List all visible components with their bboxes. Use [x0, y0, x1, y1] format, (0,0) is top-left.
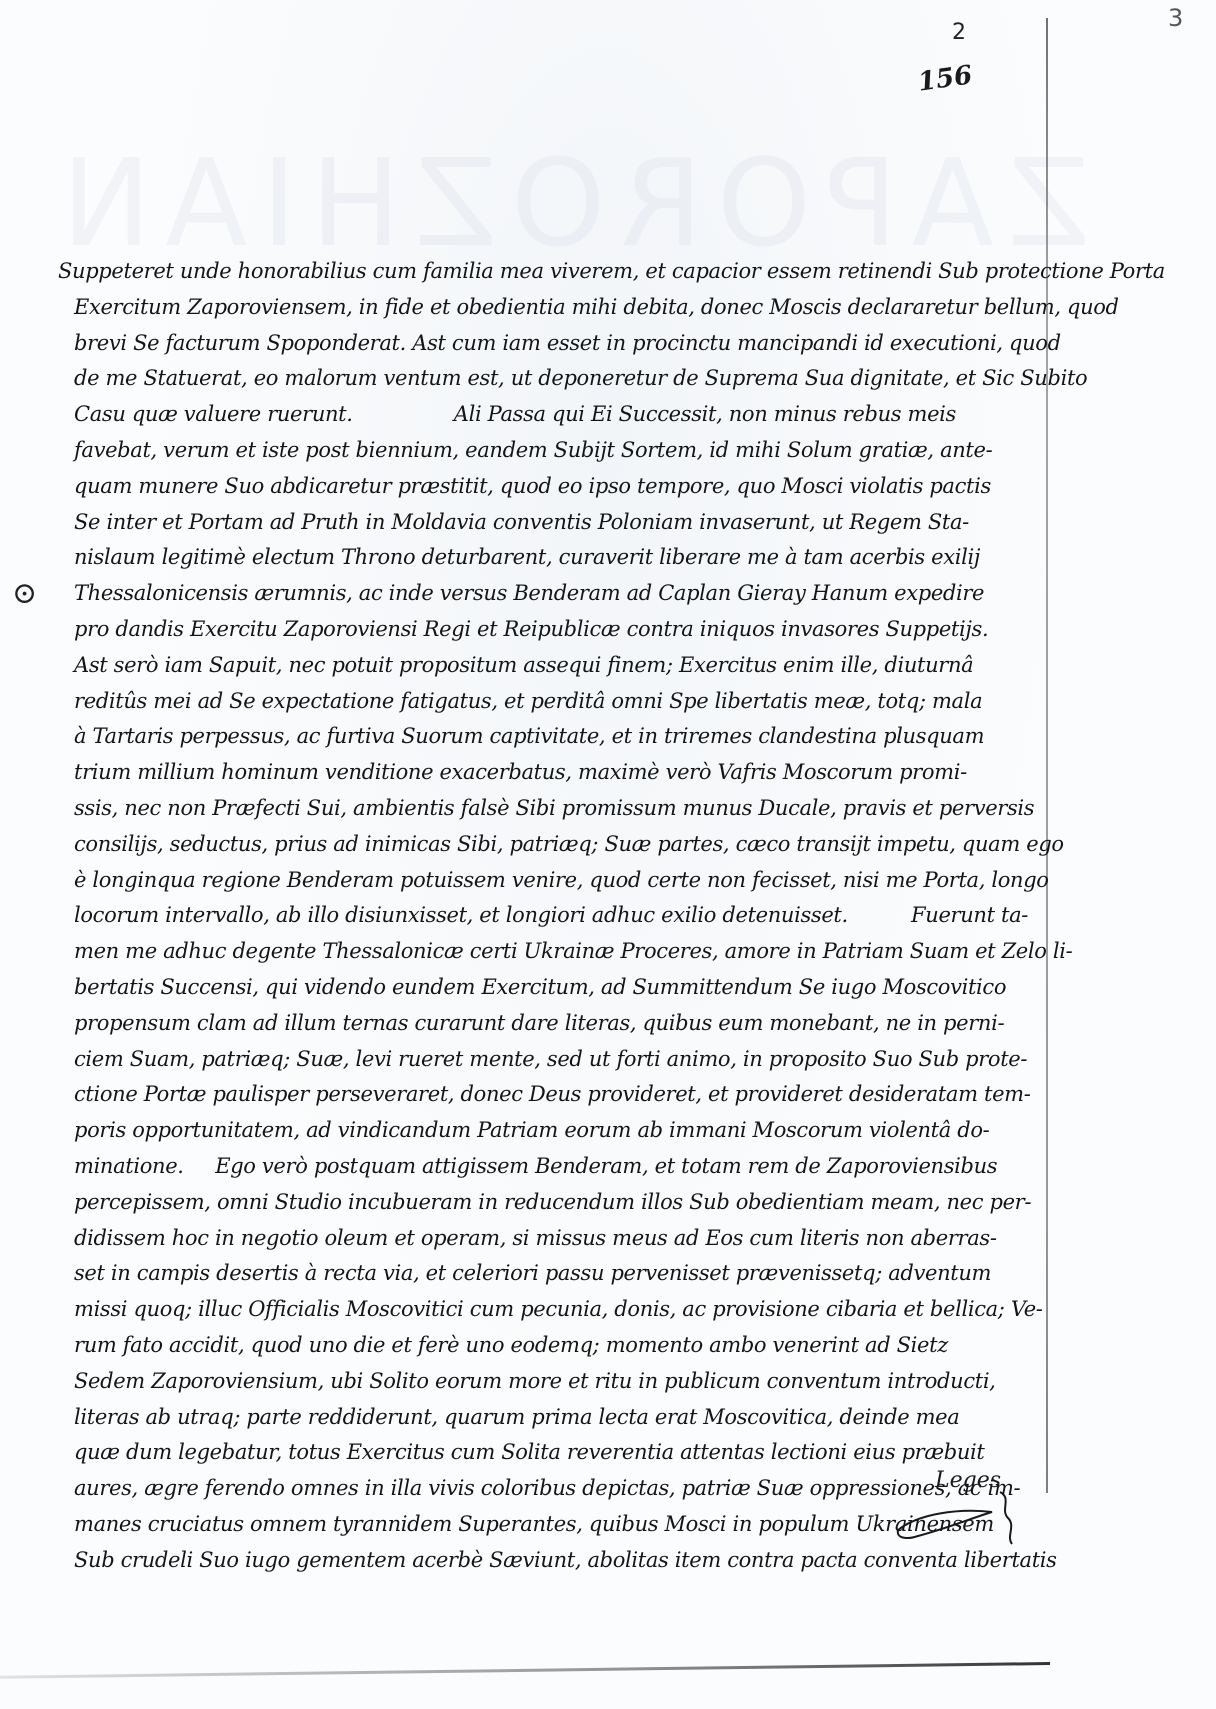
manuscript-line: men me adhuc degente Thessalonicæ certi …	[58, 934, 1048, 970]
manuscript-line: reditûs mei ad Se expectatione fatigatus…	[58, 684, 1048, 720]
page-edge-bottom	[0, 1662, 1050, 1679]
manuscript-line: percepissem, omni Studio incubueram in r…	[58, 1185, 1048, 1221]
manuscript-line: Suppeteret unde honorabilius cum familia…	[58, 254, 1048, 290]
manuscript-line: brevi Se facturum Spoponderat. Ast cum i…	[58, 326, 1048, 362]
manuscript-line: rum fato accidit, quod uno die et ferè u…	[58, 1328, 1048, 1364]
manuscript-line: de me Statuerat, eo malorum ventum est, …	[58, 361, 1048, 397]
manuscript-line: ciem Suam, patriæq; Suæ, levi rueret men…	[58, 1042, 1048, 1078]
manuscript-line: ssis, nec non Præfecti Sui, ambientis fa…	[58, 791, 1048, 827]
manuscript-line: ctione Portæ paulisper perseveraret, don…	[58, 1077, 1048, 1113]
page-number-right: 3	[1168, 4, 1183, 32]
manuscript-line: propensum clam ad illum ternas curarunt …	[58, 1006, 1048, 1042]
manuscript-line: consilijs, seductus, prius ad inimicas S…	[58, 827, 1048, 863]
manuscript-line: Sub crudeli Suo iugo gementem acerbè Sæv…	[58, 1543, 1048, 1579]
manuscript-line: quæ dum legebatur, totus Exercitus cum S…	[58, 1435, 1048, 1471]
manuscript-line: è longinqua regione Benderam potuissem v…	[58, 863, 1048, 899]
manuscript-line: Ast serò iam Sapuit, nec potuit proposit…	[58, 648, 1048, 684]
paragraph-mark-icon: ⊙	[12, 576, 37, 612]
manuscript-line: pro dandis Exercitu Zaporoviensi Regi et…	[58, 612, 1048, 648]
flourish-icon	[888, 1488, 1038, 1548]
manuscript-line: trium millium hominum venditione exacerb…	[58, 755, 1048, 791]
manuscript-line: nislaum legitimè electum Throno deturbar…	[58, 540, 1048, 576]
manuscript-line: locorum intervallo, ab illo disiunxisset…	[58, 898, 1048, 934]
manuscript-line: Casu quæ valuere ruerunt. Ali Passa qui …	[58, 397, 1048, 433]
manuscript-line: Exercitum Zaporoviensem, in fide et obed…	[58, 290, 1048, 326]
scanned-page: ZAPOROZHIAN 2 3 156 Suppeteret unde hono…	[0, 0, 1216, 1709]
manuscript-line: quam munere Suo abdicaretur præstitit, q…	[58, 469, 1048, 505]
manuscript-line-text: Thessalonicensis ærumnis, ac inde versus…	[74, 581, 984, 605]
manuscript-line: bertatis Succensi, qui videndo eundem Ex…	[58, 970, 1048, 1006]
manuscript-line: set in campis desertis à recta via, et c…	[58, 1256, 1048, 1292]
page-number-left: 2	[952, 20, 966, 45]
manuscript-line: literas ab utraq; parte reddiderunt, qua…	[58, 1400, 1048, 1436]
manuscript-line: poris opportunitatem, ad vindicandum Pat…	[58, 1113, 1048, 1149]
manuscript-line: missi quoq; illuc Officialis Moscovitici…	[58, 1292, 1048, 1328]
manuscript-line: Se inter et Portam ad Pruth in Moldavia …	[58, 505, 1048, 541]
manuscript-line: didissem hoc in negotio oleum et operam,…	[58, 1221, 1048, 1257]
manuscript-line: favebat, verum et iste post biennium, ea…	[58, 433, 1048, 469]
folio-number: 156	[916, 60, 974, 97]
manuscript-line: à Tartaris perpessus, ac furtiva Suorum …	[58, 719, 1048, 755]
manuscript-line: ⊙ Thessalonicensis ærumnis, ac inde vers…	[58, 576, 1048, 612]
manuscript-body: Suppeteret unde honorabilius cum familia…	[58, 254, 1048, 1578]
manuscript-line: minatione. Ego verò postquam attigissem …	[58, 1149, 1048, 1185]
manuscript-line: Sedem Zaporoviensium, ubi Solito eorum m…	[58, 1364, 1048, 1400]
